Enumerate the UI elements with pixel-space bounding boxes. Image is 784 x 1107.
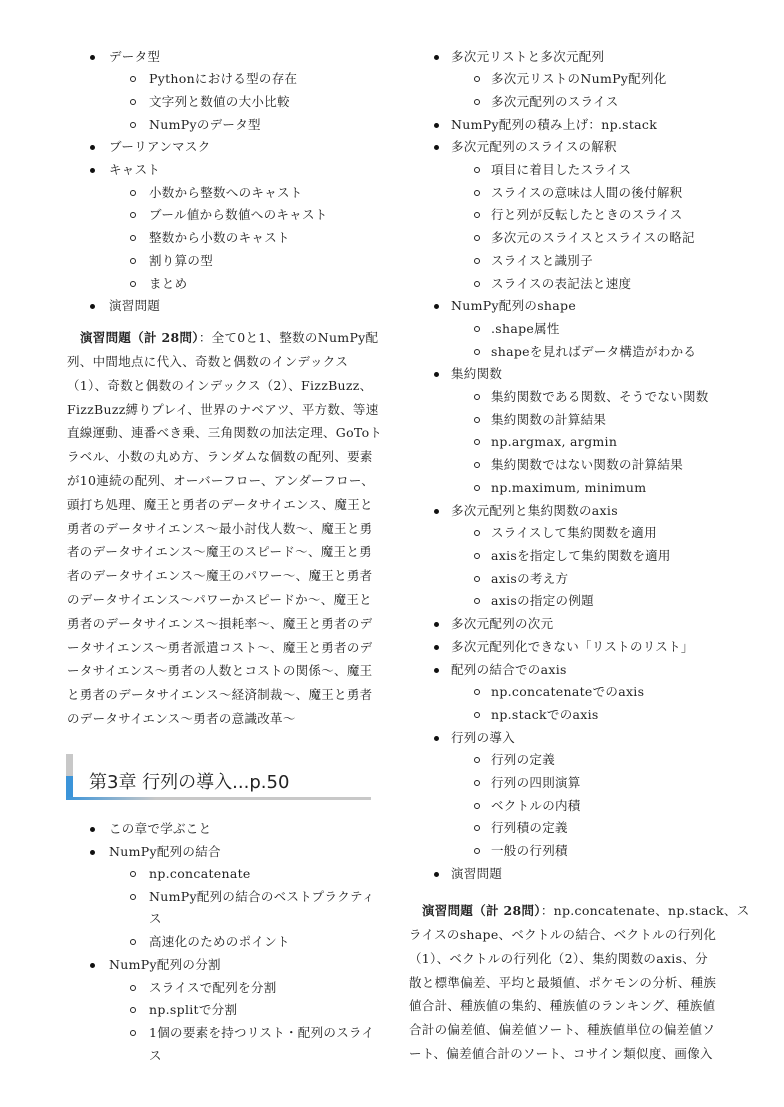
- paragraph-line: ラベル、小数の丸め方、ランダムな個数の配列、要素: [67, 449, 373, 465]
- list-item: 行列の定義: [491, 752, 555, 768]
- sub-bullet-icon: [130, 939, 136, 945]
- bullet-icon: [90, 827, 95, 832]
- sub-bullet-icon: [474, 757, 480, 763]
- list-item: 多次元配列と集約関数のaxis: [451, 503, 618, 519]
- sub-bullet-icon: [474, 553, 480, 559]
- list-item: NumPy配列の結合のベストプラクティ: [149, 889, 375, 905]
- paragraph-line: 者のデータサイエンス～魔王のパワー～、魔王と勇者: [67, 568, 372, 584]
- list-item: データ型: [109, 49, 160, 65]
- list-item: 多次元配列のスライスの解釈: [451, 139, 617, 155]
- bullet-icon: [434, 304, 439, 309]
- paragraph-line: ータサイエンス～勇者の人数とコストの関係～、魔王: [67, 663, 372, 679]
- sub-bullet-icon: [474, 349, 480, 355]
- list-item: axisの考え方: [491, 571, 568, 587]
- list-item: 行と列が反転したときのスライス: [491, 207, 683, 223]
- sub-bullet-icon: [130, 258, 136, 264]
- bullet-icon: [434, 668, 439, 673]
- bullet-icon: [434, 622, 439, 627]
- list-item: 演習問題: [451, 866, 502, 882]
- sub-bullet-icon: [474, 99, 480, 105]
- sub-bullet-icon: [474, 689, 480, 695]
- sub-bullet-icon: [474, 598, 480, 604]
- sub-bullet-icon: [474, 439, 480, 445]
- list-item: スライスと識別子: [491, 253, 593, 269]
- sub-bullet-icon: [474, 258, 480, 264]
- bullet-icon: [90, 304, 95, 309]
- list-item: 一般の行列積: [491, 843, 568, 859]
- bullet-icon: [434, 55, 439, 60]
- sub-bullet-icon: [130, 894, 136, 900]
- list-item: 整数から小数のキャスト: [149, 230, 290, 246]
- sub-bullet-icon: [474, 576, 480, 582]
- bullet-icon: [434, 123, 439, 128]
- paragraph-line: が10連続の配列、オーバーフロー、アンダーフロー、: [67, 473, 374, 489]
- exercise-label: 演習問題（計 28問）: [422, 903, 541, 918]
- sub-bullet-icon: [130, 212, 136, 218]
- list-item: スライスの意味は人間の後付解釈: [491, 185, 683, 201]
- sub-bullet-icon: [130, 76, 136, 82]
- heading-underline: [66, 797, 371, 800]
- sub-bullet-icon: [474, 212, 480, 218]
- list-item: NumPy配列の積み上げ：np.stack: [451, 117, 657, 133]
- sub-bullet-icon: [474, 530, 480, 536]
- list-item: 集約関数ではない関数の計算結果: [491, 457, 683, 473]
- list-item: 集約関数の計算結果: [491, 412, 606, 428]
- list-item: 多次元配列化できない「リストのリスト」: [451, 639, 694, 655]
- list-item: この章で学ぶこと: [109, 821, 211, 837]
- paragraph-line: 直線運動、連番べき乗、三角関数の加法定理、GoToト: [67, 425, 382, 441]
- list-item: 集約関数: [451, 366, 502, 382]
- list-item: ブール値から数値へのキャスト: [149, 207, 328, 223]
- list-item: 多次元配列のスライス: [491, 94, 619, 110]
- sub-bullet-icon: [130, 235, 136, 241]
- list-item: NumPy配列の分割: [109, 957, 221, 973]
- sub-bullet-icon: [474, 462, 480, 468]
- list-item: np.splitで分割: [149, 1002, 237, 1018]
- list-item: 文字列と数値の大小比較: [149, 94, 290, 110]
- sub-bullet-icon: [474, 780, 480, 786]
- list-item: 行列の四則演算: [491, 775, 581, 791]
- paragraph-line: のデータサイエンス～パワーかスピードか～、魔王と: [67, 592, 372, 608]
- bullet-icon: [434, 145, 439, 150]
- list-item: 割り算の型: [149, 253, 213, 269]
- list-item: 多次元のスライスとスライスの略記: [491, 230, 695, 246]
- paragraph-line: と勇者のデータサイエンス～経済制裁～、魔王と勇者: [67, 687, 372, 703]
- sub-bullet-icon: [474, 712, 480, 718]
- exercise-first-line: 演習問題（計 28問）：np.concatenate、np.stack、ス: [422, 903, 750, 919]
- list-item: .shape属性: [491, 321, 560, 337]
- paragraph-line: （1）、ベクトルの行列化（2）、集約関数のaxis、分: [409, 951, 708, 967]
- list-item: ベクトルの内積: [491, 798, 581, 814]
- chapter-title: 第3章 行列の導入...p.50: [89, 772, 289, 794]
- sub-bullet-icon: [130, 190, 136, 196]
- list-item: np.concatenateでのaxis: [491, 684, 644, 700]
- sub-bullet-icon: [474, 394, 480, 400]
- list-item: ス: [149, 1048, 162, 1064]
- exercise-first-line: 演習問題（計 28問）：全て0と1、整数のNumPy配: [80, 330, 378, 346]
- bullet-icon: [434, 372, 439, 377]
- sub-bullet-icon: [130, 99, 136, 105]
- sub-bullet-icon: [130, 281, 136, 287]
- bullet-icon: [90, 850, 95, 855]
- bullet-icon: [90, 145, 95, 150]
- bullet-icon: [434, 872, 439, 877]
- sub-bullet-icon: [474, 485, 480, 491]
- list-item: NumPyのデータ型: [149, 117, 261, 133]
- sub-bullet-icon: [474, 167, 480, 173]
- list-item: axisを指定して集約関数を適用: [491, 548, 671, 564]
- list-item: まとめ: [149, 276, 187, 292]
- paragraph-line: ート、偏差値合計のソート、コサイン類似度、画像入: [409, 1046, 713, 1062]
- paragraph-line: 散と標準偏差、平均と最頻値、ポケモンの分析、種族: [409, 975, 716, 991]
- list-item: np.argmax, argmin: [491, 434, 617, 450]
- list-item: shapeを見ればデータ構造がわかる: [491, 344, 696, 360]
- exercise-label: 演習問題（計 28問）: [80, 330, 199, 345]
- list-item: Pythonにおける型の存在: [149, 71, 297, 87]
- bullet-icon: [90, 168, 95, 173]
- list-item: 項目に着目したスライス: [491, 162, 631, 178]
- list-item: 行列の導入: [451, 730, 515, 746]
- chapter-heading: 第3章 行列の導入...p.50: [66, 754, 371, 800]
- paragraph-line: 勇者のデータサイエンス～最小討伐人数～、魔王と勇: [67, 521, 372, 537]
- list-item: 行列積の定義: [491, 820, 568, 836]
- list-item: 多次元配列の次元: [451, 616, 553, 632]
- sub-bullet-icon: [130, 1030, 136, 1036]
- bullet-icon: [434, 509, 439, 514]
- heading-accent-bar: [66, 754, 73, 776]
- sub-bullet-icon: [474, 848, 480, 854]
- list-item: 小数から整数へのキャスト: [149, 185, 303, 201]
- bullet-icon: [434, 645, 439, 650]
- paragraph-line: 勇者のデータサイエンス～損耗率～、魔王と勇者のデ: [67, 616, 372, 632]
- list-item: NumPy配列の結合: [109, 844, 221, 860]
- list-item: 1個の要素を持つリスト・配列のスライ: [149, 1025, 374, 1041]
- list-item: np.maximum, minimum: [491, 480, 646, 496]
- list-item: 集約関数である関数、そうでない関数: [491, 389, 709, 405]
- paragraph-line: 者のデータサイエンス～魔王のスピード～、魔王と勇: [67, 544, 372, 560]
- paragraph-line: 頭打ち処理、魔王と勇者のデータサイエンス、魔王と: [67, 497, 373, 513]
- bullet-icon: [90, 963, 95, 968]
- paragraph-line: 合計の偏差値、偏差値ソート、種族値単位の偏差値ソ: [409, 1022, 715, 1038]
- list-item: axisの指定の例題: [491, 593, 594, 609]
- list-item: スライスで配列を分割: [149, 980, 277, 996]
- list-item: 演習問題: [109, 298, 160, 314]
- sub-bullet-icon: [474, 326, 480, 332]
- sub-bullet-icon: [474, 417, 480, 423]
- list-item: キャスト: [109, 162, 160, 178]
- sub-bullet-icon: [474, 803, 480, 809]
- list-item: 配列の結合でのaxis: [451, 662, 567, 678]
- paragraph-line: ータサイエンス～勇者派遣コスト～、魔王と勇者のデ: [67, 640, 372, 656]
- sub-bullet-icon: [130, 985, 136, 991]
- list-item: ス: [149, 911, 162, 927]
- paragraph-line: （1）、奇数と偶数のインデックス（2）、FizzBuzz、: [67, 378, 372, 394]
- paragraph-line: 列、中間地点に代入、奇数と偶数のインデックス: [67, 354, 348, 370]
- list-item: 高速化のためのポイント: [149, 934, 290, 950]
- sub-bullet-icon: [130, 1007, 136, 1013]
- paragraph-line: のデータサイエンス～勇者の意識改革～: [67, 711, 296, 727]
- list-item: 多次元リストと多次元配列: [451, 49, 604, 65]
- paragraph-line: ライスのshape、ベクトルの結合、ベクトルの行列化: [409, 927, 716, 943]
- sub-bullet-icon: [474, 281, 480, 287]
- sub-bullet-icon: [474, 190, 480, 196]
- bullet-icon: [434, 736, 439, 741]
- list-item: ブーリアンマスク: [109, 139, 211, 155]
- sub-bullet-icon: [130, 871, 136, 877]
- sub-bullet-icon: [474, 235, 480, 241]
- sub-bullet-icon: [130, 122, 136, 128]
- list-item: 多次元リストのNumPy配列化: [491, 71, 667, 87]
- paragraph-line: FizzBuzz縛りプレイ、世界のナベアツ、平方数、等速: [67, 402, 379, 418]
- list-item: スライスして集約関数を適用: [491, 525, 657, 541]
- list-item: スライスの表記法と速度: [491, 276, 631, 292]
- list-item: NumPy配列のshape: [451, 298, 576, 314]
- bullet-icon: [90, 55, 95, 60]
- paragraph-line: 値合計、種族値の集約、種族値のランキング、種族値: [409, 998, 715, 1014]
- list-item: np.concatenate: [149, 866, 251, 882]
- list-item: np.stackでのaxis: [491, 707, 599, 723]
- sub-bullet-icon: [474, 825, 480, 831]
- sub-bullet-icon: [474, 76, 480, 82]
